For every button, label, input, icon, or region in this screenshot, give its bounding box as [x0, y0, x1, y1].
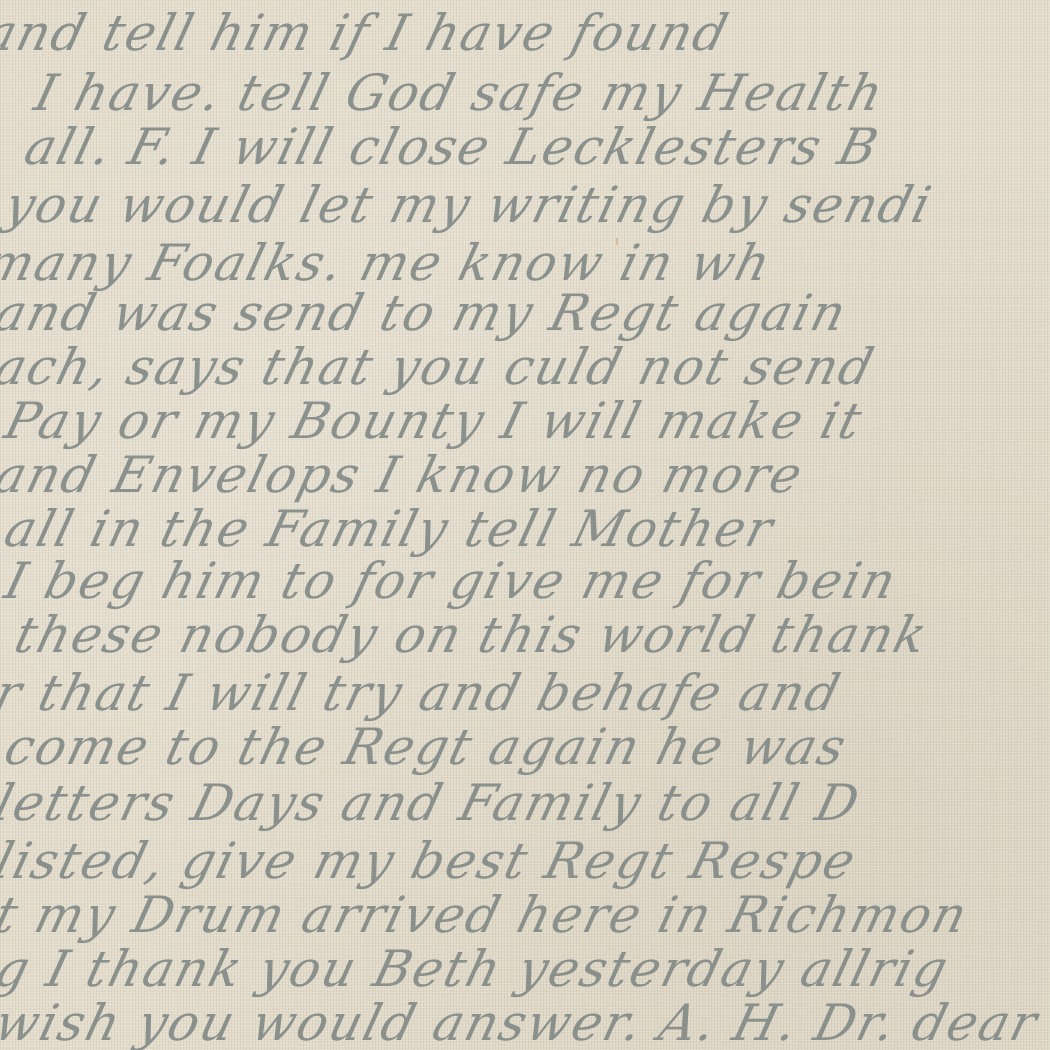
script-line-11: I beg him to for give me for bein — [0, 556, 902, 606]
script-line-14: come to the Regt again he was — [0, 722, 852, 772]
script-line-19: wish you would answer. A. H. Dr. dear — [0, 998, 1044, 1048]
script-line-6: and was send to my Regt again — [0, 288, 853, 338]
script-line-5: many Foalks. me know in wh — [0, 238, 777, 288]
script-line-4: you would let my writing by sendi — [0, 180, 938, 230]
fabric-fleck — [616, 238, 618, 245]
script-line-2: I have. tell God safe my Health — [30, 68, 890, 118]
script-line-10: all in the Family tell Mother — [0, 504, 779, 554]
handwriting-fabric: and tell him if I have found I have. tel… — [0, 0, 1050, 1050]
script-line-3: all. F. I will close Lecklesters B — [20, 122, 885, 172]
script-line-18: g I thank you Beth yesterday allrig — [0, 944, 954, 994]
script-line-13: r that I will try and behafe and — [0, 668, 846, 718]
script-line-12: these nobody on this world thank — [10, 610, 933, 660]
script-line-7: ach, says that you culd not send — [0, 342, 880, 392]
script-line-9: and Envelops I know no more — [0, 450, 809, 500]
script-line-16: listed, give my best Regt Respe — [0, 836, 862, 886]
script-line-1: and tell him if I have found — [0, 8, 734, 58]
script-line-17: t my Drum arrived here in Richmon — [0, 890, 974, 940]
script-line-15: letters Days and Family to all D — [0, 778, 865, 828]
script-line-8: Pay or my Bounty I will make it — [0, 396, 868, 446]
